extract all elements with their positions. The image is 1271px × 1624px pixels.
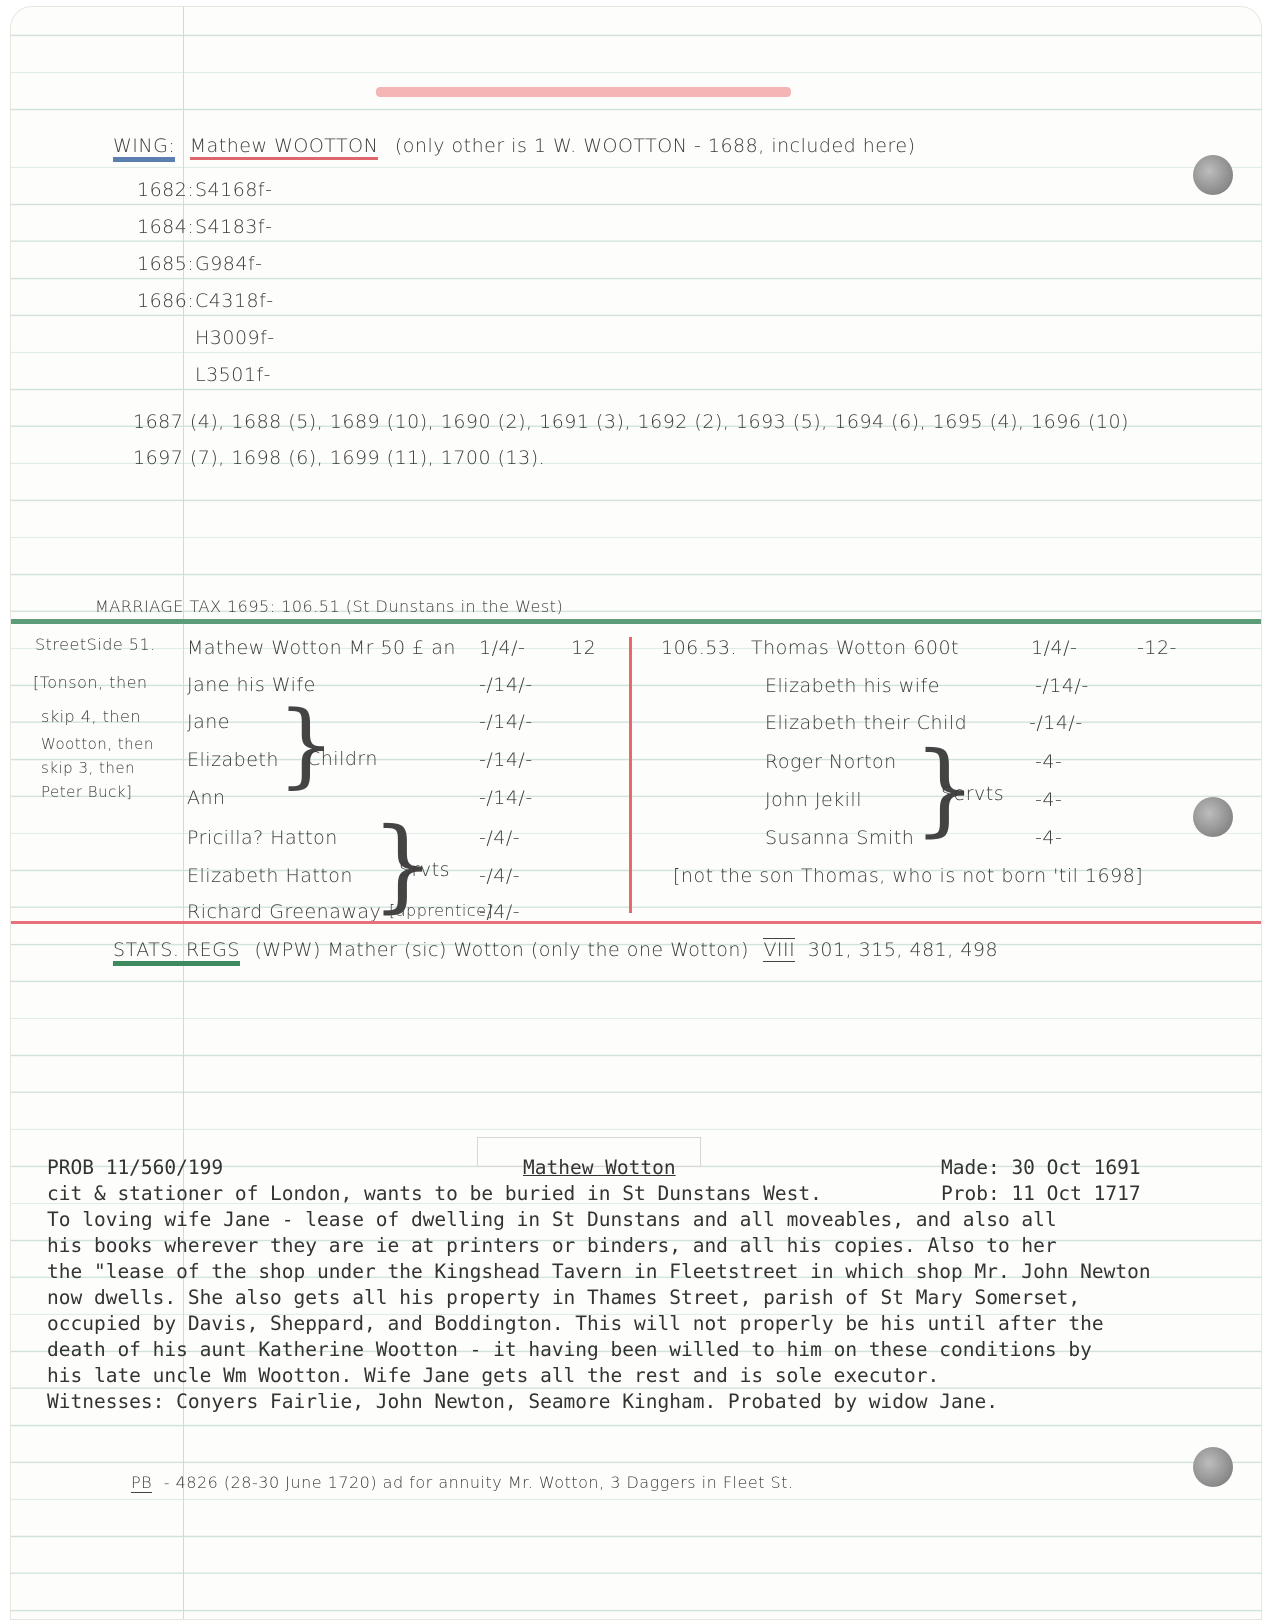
wing-entry: 1682:S4168f- — [137, 179, 272, 201]
wing-entry: 1686:C4318f- — [137, 290, 274, 312]
wing-note: (only other is 1 W. WOOTTON - 1688, incl… — [395, 135, 916, 157]
wing-entry: L3501f- — [137, 364, 271, 386]
tax-row-name: Jane — [187, 711, 230, 733]
wing-heading: WING: Mathew WOOTTON (only other is 1 W.… — [113, 135, 915, 157]
tax-row-extra: 12 — [571, 637, 596, 659]
title-highlight — [376, 87, 791, 97]
stats-regs-line: STATS. REGS (WPW) Mather (sic) Wotton (o… — [113, 939, 998, 961]
tax-row-amount: -/4/- — [479, 901, 520, 923]
marriage-tax-heading: MARRIAGE TAX 1695: 106.51 (St Dunstans i… — [95, 597, 563, 616]
pb-text: - 4826 (28-30 June 1720) ad for annuity … — [164, 1473, 794, 1492]
wing-entry: H3009f- — [137, 327, 275, 349]
tax-row-name: Elizabeth his wife — [765, 675, 940, 697]
tax-row-amount: -4- — [1035, 751, 1062, 773]
tax-row-name: Elizabeth Hatton — [187, 865, 353, 887]
tax-row-amount: -/14/- — [479, 749, 533, 771]
stats-regs-text: (WPW) Mather (sic) Wotton (only the one … — [255, 939, 749, 961]
stats-regs-label: STATS. REGS — [113, 939, 240, 966]
servants-label-right: Servts — [941, 783, 1004, 805]
wing-name: Mathew WOOTTON — [190, 135, 379, 160]
tax-row-name: Elizabeth — [187, 749, 279, 771]
notebook-page: WING: Mathew WOOTTON (only other is 1 W.… — [10, 6, 1262, 1620]
tax-row-name: Richard Greenaway — [187, 901, 381, 923]
tax-row-amount: -/14/- — [479, 711, 533, 733]
tax-row-name: John Jekill — [765, 789, 862, 811]
tax-row-amount: -/14/- — [479, 674, 533, 696]
tax-row-amount: -/14/- — [479, 787, 533, 809]
tax-row-name: Mathew Wotton Mr 50 £ an — [187, 637, 456, 659]
pb-label: PB — [131, 1473, 152, 1493]
binder-hole-bottom — [1193, 1447, 1233, 1487]
wing-entry: 1684:S4183f- — [137, 216, 272, 238]
tax-row-amount: 1/4/- — [1031, 637, 1077, 659]
year-counts-line-1: 1687 (4), 1688 (5), 1689 (10), 1690 (2),… — [133, 411, 1129, 433]
wing-label: WING: — [113, 135, 175, 162]
year-counts-line-2: 1697 (7), 1698 (6), 1699 (11), 1700 (13)… — [133, 447, 545, 469]
probate-made: Made: 30 Oct 1691 — [941, 1155, 1141, 1181]
tax-row-name: Pricilla? Hatton — [187, 827, 338, 849]
tax-row-name: Susanna Smith — [765, 827, 914, 849]
red-divider — [11, 921, 1261, 924]
green-divider — [11, 619, 1261, 624]
tax-row-amount: -4- — [1035, 789, 1062, 811]
thomas-note: [not the son Thomas, who is not born 'ti… — [673, 865, 1143, 887]
wing-entry: 1685:G984f- — [137, 253, 263, 275]
tax-row-amount: 1/4/- — [479, 637, 525, 659]
tax-row-name: Thomas Wotton 600t — [751, 637, 959, 659]
tax-row-number: 106.53. — [661, 637, 737, 659]
probate-title: Mathew Wotton — [523, 1155, 676, 1181]
stats-regs-pages: 301, 315, 481, 498 — [808, 939, 998, 961]
tax-row-amount: -/4/- — [479, 827, 520, 849]
tax-row-name: Ann — [187, 787, 226, 809]
brace-children: } — [277, 699, 336, 791]
pb-line: PB - 4826 (28-30 June 1720) ad for annui… — [131, 1473, 794, 1492]
column-divider — [629, 637, 632, 913]
children-label: Childrn — [307, 748, 378, 770]
probate-prob: Prob: 11 Oct 1717 — [941, 1181, 1141, 1207]
tax-row-amount: -/4/- — [479, 865, 520, 887]
tax-row-amount: -/14/- — [1035, 675, 1089, 697]
binder-hole-top — [1193, 155, 1233, 195]
tax-row-name: Roger Norton — [765, 751, 897, 773]
probate-ref: PROB 11/560/199 — [47, 1155, 223, 1181]
servants-label-left: Srvts — [399, 859, 450, 881]
tax-row-amount: -/14/- — [1029, 712, 1083, 734]
stats-regs-volume: VIII — [763, 938, 795, 962]
tax-row-amount: -4- — [1035, 827, 1062, 849]
tax-row-extra: -12- — [1137, 637, 1177, 659]
binder-hole-middle — [1193, 797, 1233, 837]
